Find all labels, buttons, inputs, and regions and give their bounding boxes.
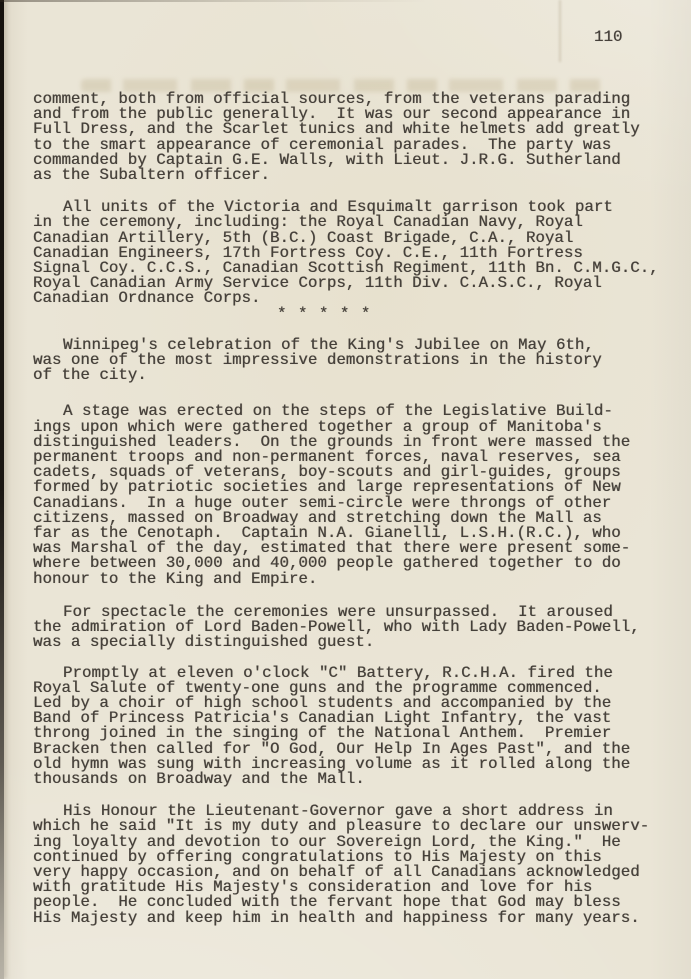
paragraph: Winnipeg's celebration of the King's Jub… — [33, 338, 661, 384]
paragraph: His Honour the Lieutenant-Governor gave … — [33, 804, 661, 926]
paragraph: Promptly at eleven o'clock "C" Battery, … — [33, 666, 661, 788]
asterisk-separator: * * * * * — [33, 307, 661, 322]
scanned-document-page: 110 comment, both from official sources,… — [0, 0, 691, 979]
paragraph: All units of the Victoria and Esquimalt … — [33, 200, 661, 306]
page-body: comment, both from official sources, fro… — [33, 92, 661, 926]
page-number: 110 — [594, 30, 622, 45]
scan-top-edge — [0, 0, 428, 2]
paragraph: For spectacle the ceremonies were unsurp… — [33, 605, 661, 651]
paragraph: A stage was erected on the steps of the … — [33, 404, 661, 586]
paper-seam — [559, 0, 561, 62]
paragraph: comment, both from official sources, fro… — [33, 92, 661, 183]
scan-edge-shadow — [0, 0, 4, 979]
